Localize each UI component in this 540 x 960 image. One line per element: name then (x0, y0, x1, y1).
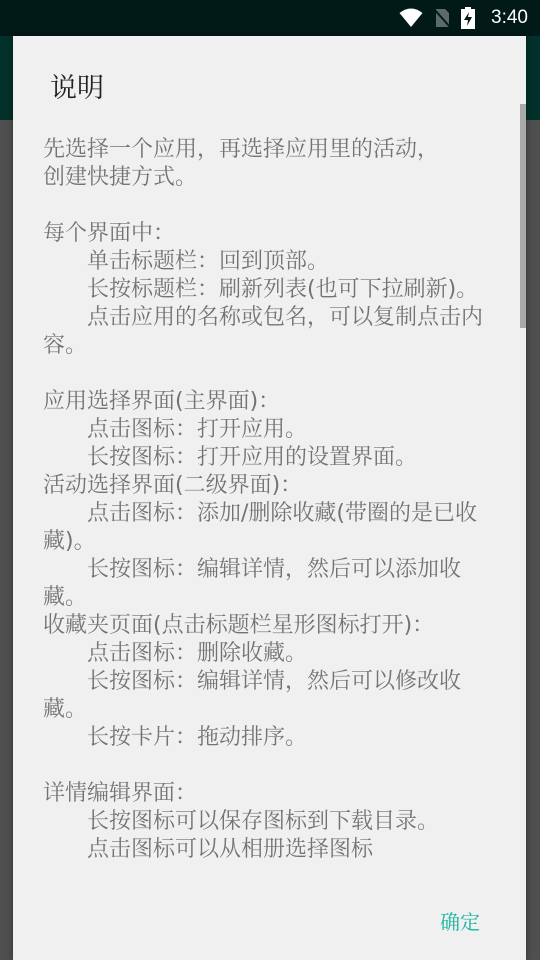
wifi-icon (399, 8, 423, 28)
dialog-title: 说明 (50, 66, 104, 105)
dialog-message-line: 收藏夹页面(点击标题栏星形图标打开)： (43, 612, 503, 640)
status-bar: 3:40 (0, 0, 540, 36)
dialog-message-line: 详情编辑界面： (43, 780, 503, 808)
battery-charging-icon (461, 7, 475, 29)
dialog-message-line: 长按图标可以保存图标到下载目录。 (43, 808, 503, 836)
clock: 3:40 (491, 7, 528, 29)
dialog-message-line: 长按卡片：拖动排序。 (43, 724, 503, 752)
dialog-message-line: 长按标题栏：刷新列表(也可下拉刷新)。 (43, 276, 503, 304)
dialog-message[interactable]: 先选择一个应用，再选择应用里的活动，创建快捷方式。 每个界面中： 单击标题栏：回… (43, 136, 503, 876)
dialog-message-line: 活动选择界面(二级界面)： (43, 472, 503, 500)
ok-button[interactable]: 确定 (438, 902, 482, 939)
no-sim-icon (433, 8, 451, 28)
scrollbar[interactable] (520, 104, 526, 328)
dialog-message-line: 应用选择界面(主界面)： (43, 388, 503, 416)
dialog-message-line (43, 360, 503, 388)
dialog-message-line: 单击标题栏：回到顶部。 (43, 248, 503, 276)
dialog-message-line: 先选择一个应用，再选择应用里的活动， (43, 136, 503, 164)
dialog-message-line (43, 192, 503, 220)
dialog-message-line: 长按图标：编辑详情，然后可以添加收藏。 (43, 556, 503, 612)
dialog-message-line: 点击图标：删除收藏。 (43, 640, 503, 668)
dialog-message-line: 点击图标：添加/删除收藏(带圈的是已收藏)。 (43, 500, 503, 556)
dialog-message-line: 每个界面中： (43, 220, 503, 248)
dialog-message-line: 创建快捷方式。 (43, 164, 503, 192)
dialog-message-line: 长按图标：打开应用的设置界面。 (43, 444, 503, 472)
dialog-message-line: 点击图标：打开应用。 (43, 416, 503, 444)
dialog-message-line: 长按图标：编辑详情，然后可以修改收藏。 (43, 668, 503, 724)
dialog-message-line: 点击图标可以从相册选择图标 (43, 836, 503, 864)
dialog-message-line (43, 752, 503, 780)
help-dialog: 说明 先选择一个应用，再选择应用里的活动，创建快捷方式。 每个界面中： 单击标题… (13, 36, 526, 960)
dialog-message-line: 点击应用的名称或包名，可以复制点击内容。 (43, 304, 503, 360)
